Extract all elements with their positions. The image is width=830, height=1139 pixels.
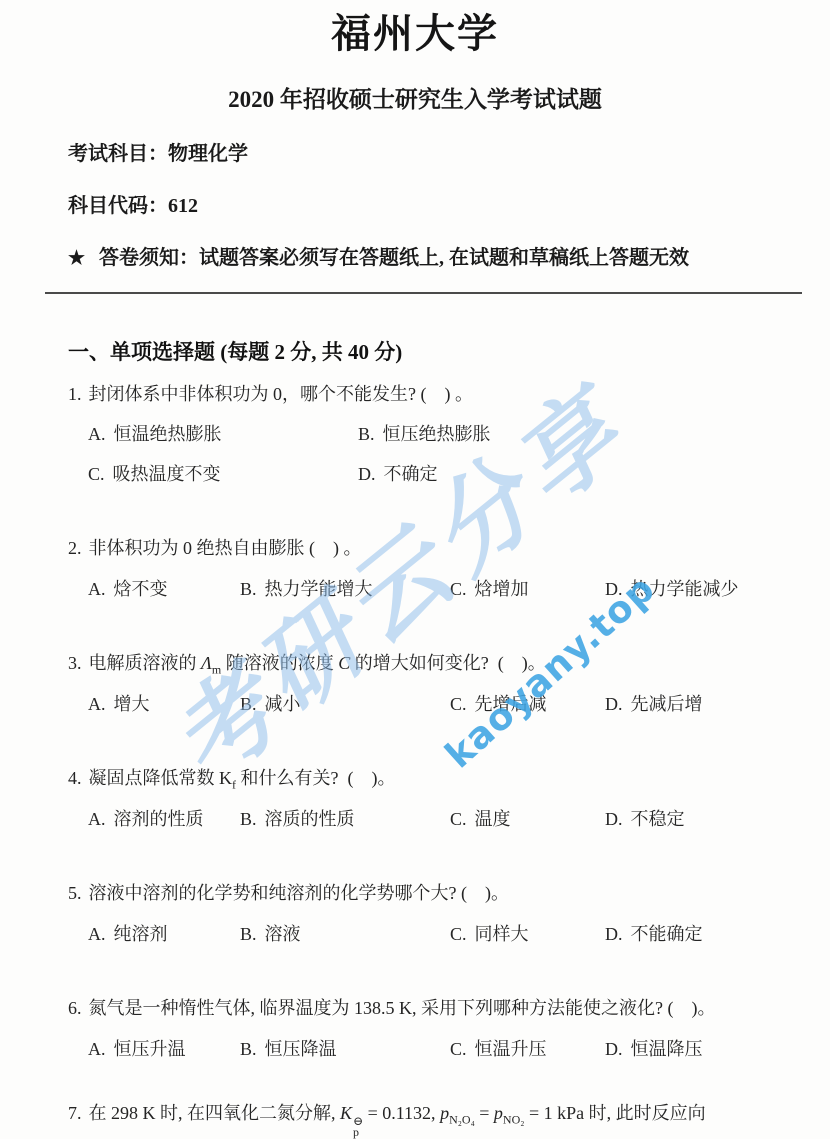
question-number: 5.	[68, 883, 82, 903]
option-d: D.恒温降压	[605, 1038, 794, 1060]
question-1: 1.封闭体系中非体积功为 0，哪个不能发生? ( ) 。 A.恒温绝热膨胀 B.…	[68, 383, 794, 485]
options-grid: A.恒温绝热膨胀 B.恒压绝热膨胀 C.吸热温度不变 D.不确定	[68, 423, 794, 485]
section-title: 一、单项选择题 (每题 2 分, 共 40 分)	[68, 340, 830, 365]
options-grid: A.增大 B.减小 C.先增后减 D.先减后增	[68, 693, 794, 715]
page-title: 福州大学	[0, 0, 830, 58]
question-number: 7.	[68, 1103, 82, 1123]
question-text: 封闭体系中非体积功为 0，哪个不能发生? ( ) 。	[89, 384, 473, 404]
subject-line: 考试科目：物理化学	[68, 142, 830, 166]
question-7: 7.在 298 K 时, 在四氧化二氮分解, K⊖p = 0.1132, pN₂…	[68, 1102, 794, 1138]
option-b: B.恒压降温	[240, 1038, 450, 1060]
code-value: 612	[168, 195, 198, 217]
option-c: C.焓增加	[450, 578, 605, 600]
options-grid: A.焓不变 B.热力学能增大 C.焓增加 D.热力学能减少	[68, 578, 794, 600]
question-number: 3.	[68, 653, 82, 673]
option-a: A.增大	[88, 693, 240, 715]
option-b: B.恒压绝热膨胀	[358, 423, 794, 445]
question-text: 溶液中溶剂的化学势和纯溶剂的化学势哪个大? ( )。	[89, 883, 509, 903]
divider	[45, 292, 802, 294]
option-d: D.不能确定	[605, 923, 794, 945]
notice-line: ★答卷须知：试题答案必须写在答题纸上, 在试题和草稿纸上答题无效	[68, 246, 830, 271]
option-d: D.热力学能减少	[605, 578, 794, 600]
option-a: A.纯溶剂	[88, 923, 240, 945]
option-d: D.先减后增	[605, 693, 794, 715]
notice-text: 试题答案必须写在答题纸上, 在试题和草稿纸上答题无效	[199, 247, 689, 269]
question-4: 4.凝固点降低常数 Kf 和什么有关? ( )。 A.溶剂的性质 B.溶质的性质…	[68, 767, 794, 830]
option-c: C.吸热温度不变	[88, 463, 358, 485]
question-2: 2.非体积功为 0 绝热自由膨胀 ( ) 。 A.焓不变 B.热力学能增大 C.…	[68, 537, 794, 600]
option-a: A.恒压升温	[88, 1038, 240, 1060]
option-d: D.不稳定	[605, 808, 794, 830]
question-number: 6.	[68, 998, 82, 1018]
question-text: 氮气是一种惰性气体, 临界温度为 138.5 K, 采用下列哪种方法能使之液化?…	[89, 998, 716, 1018]
exam-subtitle: 2020 年招收硕士研究生入学考试试题	[0, 86, 830, 114]
question-text: 凝固点降低常数 Kf 和什么有关? ( )。	[89, 768, 396, 788]
subject-label: 考试科目：	[68, 143, 168, 165]
option-b: B.溶质的性质	[240, 808, 450, 830]
question-number: 1.	[68, 384, 82, 404]
notice-label: 答卷须知：	[99, 247, 199, 269]
option-a: A.恒温绝热膨胀	[88, 423, 358, 445]
question-number: 4.	[68, 768, 82, 788]
question-5: 5.溶液中溶剂的化学势和纯溶剂的化学势哪个大? ( )。 A.纯溶剂 B.溶液 …	[68, 882, 794, 945]
option-d: D.不确定	[358, 463, 794, 485]
star-icon: ★	[68, 247, 85, 271]
options-grid: A.溶剂的性质 B.溶质的性质 C.温度 D.不稳定	[68, 808, 794, 830]
exam-paper-page: 考研云分享 kaoyany.top 福州大学 2020 年招收硕士研究生入学考试…	[0, 0, 830, 1139]
option-c: C.先增后减	[450, 693, 605, 715]
option-b: B.减小	[240, 693, 450, 715]
option-a: A.溶剂的性质	[88, 808, 240, 830]
options-grid: A.纯溶剂 B.溶液 C.同样大 D.不能确定	[68, 923, 794, 945]
option-c: C.同样大	[450, 923, 605, 945]
question-text: 在 298 K 时, 在四氧化二氮分解, K⊖p = 0.1132, pN₂O₄…	[89, 1103, 706, 1123]
option-c: C.恒温升压	[450, 1038, 605, 1060]
question-text: 非体积功为 0 绝热自由膨胀 ( ) 。	[89, 538, 362, 558]
question-number: 2.	[68, 538, 82, 558]
question-6: 6.氮气是一种惰性气体, 临界温度为 138.5 K, 采用下列哪种方法能使之液…	[68, 997, 794, 1060]
options-grid: A.恒压升温 B.恒压降温 C.恒温升压 D.恒温降压	[68, 1038, 794, 1060]
question-text: 电解质溶液的 Λm 随溶液的浓度 C 的增大如何变化? ( )。	[89, 653, 546, 673]
code-label: 科目代码：	[68, 195, 168, 217]
code-line: 科目代码：612	[68, 194, 830, 218]
question-3: 3.电解质溶液的 Λm 随溶液的浓度 C 的增大如何变化? ( )。 A.增大 …	[68, 652, 794, 715]
option-a: A.焓不变	[88, 578, 240, 600]
option-b: B.溶液	[240, 923, 450, 945]
option-b: B.热力学能增大	[240, 578, 450, 600]
subject-value: 物理化学	[168, 143, 248, 165]
option-c: C.温度	[450, 808, 605, 830]
